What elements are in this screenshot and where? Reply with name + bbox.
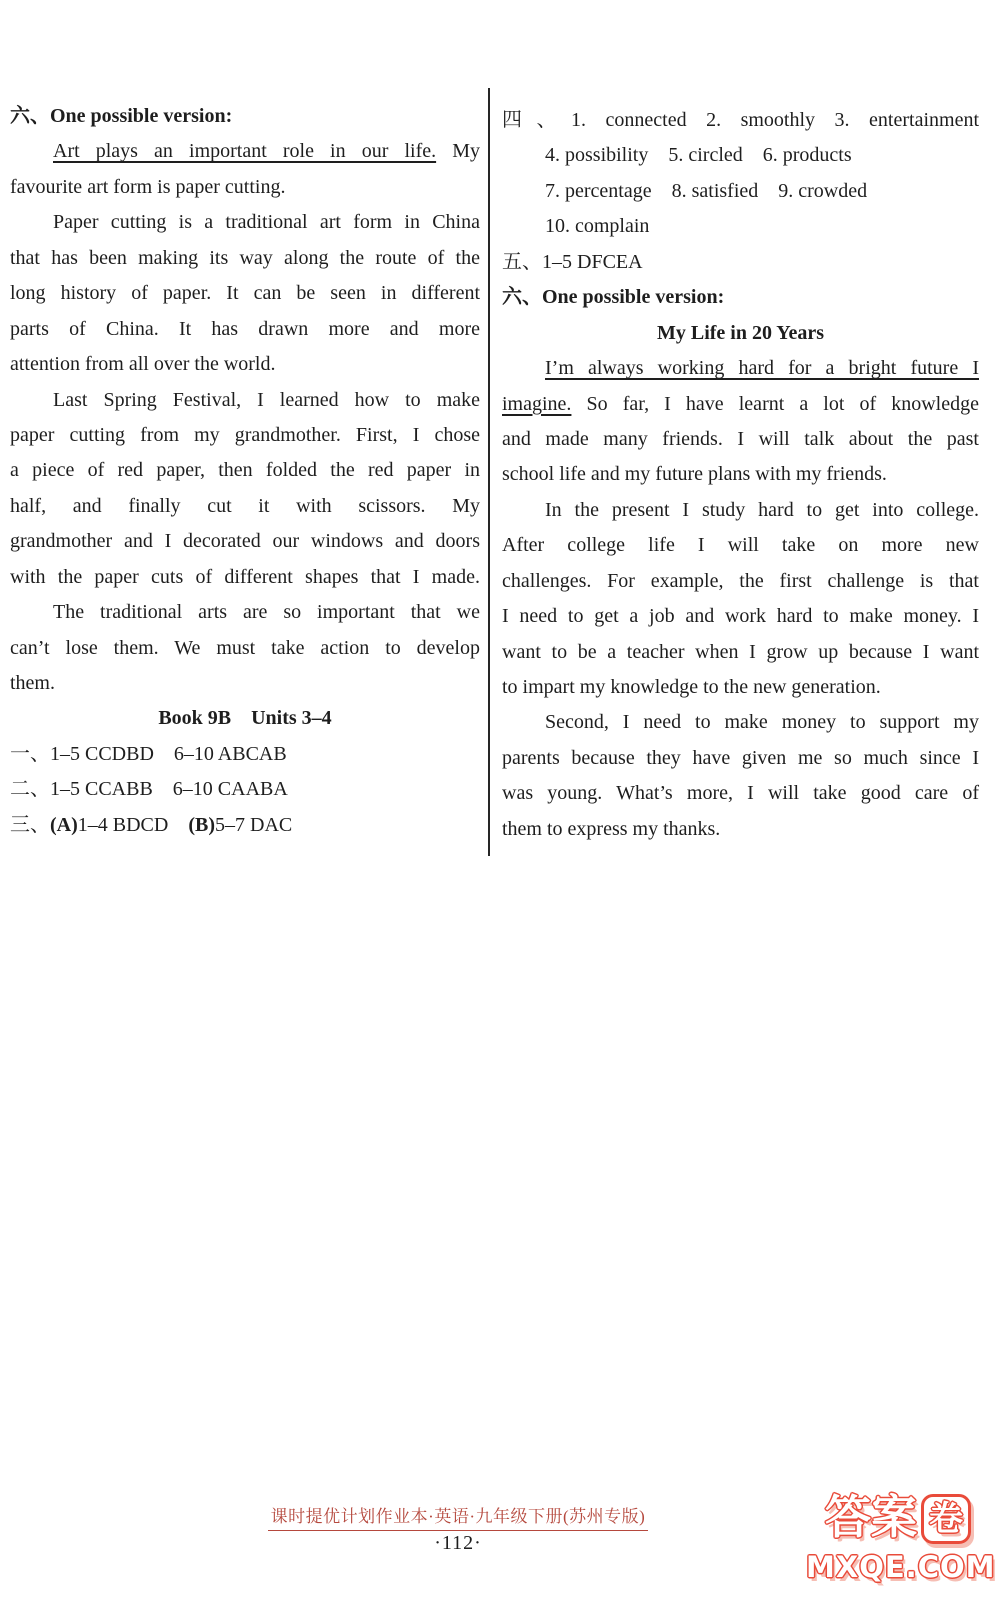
text-line: half, and finally cut it with scissors. … xyxy=(10,489,480,524)
text-line: 六、One possible version: xyxy=(502,280,979,315)
watermark-boxed-char: 卷 xyxy=(921,1494,971,1544)
text-line: parents because they have given me so mu… xyxy=(502,741,979,776)
text-line: Second, I need to make money to support … xyxy=(502,705,979,740)
book-title: 课时提优计划作业本·英语·九年级下册(苏州专版) xyxy=(268,1502,649,1531)
scanned-answer-page: 六、One possible version:Art plays an impo… xyxy=(0,0,996,1600)
text-line: parts of China. It has drawn more and mo… xyxy=(10,312,480,347)
text-line: 六、One possible version: xyxy=(10,99,480,134)
text-line: 五、1–5 DFCEA xyxy=(502,245,979,280)
text-line: Book 9B Units 3–4 xyxy=(10,701,480,736)
text-line: 一、1–5 CCDBD 6–10 ABCAB xyxy=(10,737,480,772)
text-line: The traditional arts are so important th… xyxy=(10,595,480,630)
text-line: grandmother and I decorated our windows … xyxy=(10,524,480,559)
text-line: them to express my thanks. xyxy=(502,812,979,847)
text-line: 四、1. connected 2. smoothly 3. entertainm… xyxy=(502,103,979,138)
text-line: with the paper cuts of different shapes … xyxy=(10,560,480,595)
text-line: challenges. For example, the first chall… xyxy=(502,564,979,599)
mxqe-watermark: 答案卷 MXQE.COM xyxy=(806,1492,990,1584)
text-line: that has been making its way along the r… xyxy=(10,241,480,276)
text-line: I need to get a job and work hard to mak… xyxy=(502,599,979,634)
text-line: After college life I will take on more n… xyxy=(502,528,979,563)
text-line: imagine. So far, I have learnt a lot of … xyxy=(502,387,979,422)
text-line: 二、1–5 CCABB 6–10 CAABA xyxy=(10,772,480,807)
text-line: paper cutting from my grandmother. First… xyxy=(10,418,480,453)
watermark-brand-text: 答案 xyxy=(825,1490,917,1544)
text-line: to impart my knowledge to the new genera… xyxy=(502,670,979,705)
watermark-logo: 答案卷 xyxy=(806,1492,990,1544)
text-line: 三、(A)1–4 BDCD (B)5–7 DAC xyxy=(10,808,480,843)
text-line: 4. possibility 5. circled 6. products xyxy=(502,138,979,173)
text-line: My Life in 20 Years xyxy=(502,316,979,351)
watermark-site-url: MXQE.COM xyxy=(806,1550,990,1584)
text-line: Last Spring Festival, I learned how to m… xyxy=(10,383,480,418)
text-line: favourite art form is paper cutting. xyxy=(10,170,480,205)
text-line: can’t lose them. We must take action to … xyxy=(10,631,480,666)
page-footer: 课时提优计划作业本·英语·九年级下册(苏州专版) ·112· xyxy=(256,1502,660,1555)
text-line: was young. What’s more, I will take good… xyxy=(502,776,979,811)
text-line: want to be a teacher when I grow up beca… xyxy=(502,635,979,670)
text-line: long history of paper. It can be seen in… xyxy=(10,276,480,311)
text-line: attention from all over the world. xyxy=(10,347,480,382)
page-number: ·112· xyxy=(256,1532,660,1555)
text-line: them. xyxy=(10,666,480,701)
text-line: 7. percentage 8. satisfied 9. crowded xyxy=(502,174,979,209)
right-column: 四、1. connected 2. smoothly 3. entertainm… xyxy=(502,103,979,847)
text-line: Paper cutting is a traditional art form … xyxy=(10,205,480,240)
text-line: school life and my future plans with my … xyxy=(502,457,979,492)
left-column: 六、One possible version:Art plays an impo… xyxy=(10,99,480,843)
column-divider-line xyxy=(488,88,490,856)
text-line: Art plays an important role in our life.… xyxy=(10,134,480,169)
text-line: 10. complain xyxy=(502,209,979,244)
text-line: a piece of red paper, then folded the re… xyxy=(10,453,480,488)
text-line: I’m always working hard for a bright fut… xyxy=(502,351,979,386)
text-line: In the present I study hard to get into … xyxy=(502,493,979,528)
text-line: and made many friends. I will talk about… xyxy=(502,422,979,457)
